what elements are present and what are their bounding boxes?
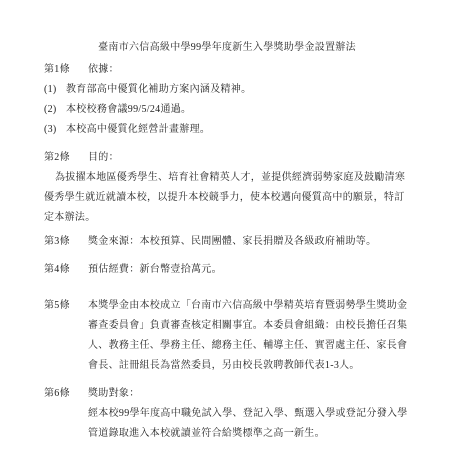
article-1-item-1: (1) 教育部高中優質化補助方案內涵及精神。 xyxy=(44,80,410,100)
article-4: 第4條 預估經費：新台幣壹拾萬元。 xyxy=(44,260,410,280)
article-1-heading: 依據： xyxy=(88,60,410,80)
article-5-text: 本獎學金由本校成立「台南市六信高級中學精英培育暨弱勢學生獎助金審查委員會」負責審… xyxy=(88,296,410,376)
article-5-number: 第5條 xyxy=(44,296,88,376)
article-2-heading: 目的： xyxy=(88,148,410,168)
article-6-paragraph: 經本校99學年度高中職免試入學、登記入學、甄選入學或登記分發入學管道錄取進入本校… xyxy=(88,404,410,444)
item-2-marker: (2) xyxy=(44,100,66,120)
article-4-heading: 預估經費：新台幣壹拾萬元。 xyxy=(88,260,410,280)
item-1-text: 教育部高中優質化補助方案內涵及精神。 xyxy=(66,80,410,100)
article-1: 第1條 依據： xyxy=(44,60,410,80)
article-5: 第5條 本獎學金由本校成立「台南市六信高級中學精英培育暨弱勢學生獎助金審查委員會… xyxy=(44,296,410,376)
article-6-heading: 獎助對象： xyxy=(88,384,410,404)
article-1-item-2: (2) 本校校務會議99/5/24通過。 xyxy=(44,100,410,120)
article-3-number: 第3條 xyxy=(44,232,88,252)
article-3-heading: 獎金來源：本校預算、民間團體、家長捐贈及各級政府補助等。 xyxy=(88,232,410,252)
article-6-number: 第6條 xyxy=(44,384,88,404)
article-2: 第2條 目的： xyxy=(44,148,410,168)
item-1-marker: (1) xyxy=(44,80,66,100)
item-3-text: 本校高中優質化經營計畫辦理。 xyxy=(66,120,410,140)
article-1-item-3: (3) 本校高中優質化經營計畫辦理。 xyxy=(44,120,410,140)
article-4-number: 第4條 xyxy=(44,260,88,280)
item-3-marker: (3) xyxy=(44,120,66,140)
article-3: 第3條 獎金來源：本校預算、民間團體、家長捐贈及各級政府補助等。 xyxy=(44,232,410,252)
document-page: 臺南市六信高級中學99學年度新生入學獎助學金設置辦法 第1條 依據： (1) 教… xyxy=(0,0,452,452)
article-2-paragraph: 為拔擢本地區優秀學生、培育社會精英人才，並提供經濟弱勢家庭及鼓勵清寒優秀學生就近… xyxy=(44,168,410,228)
article-1-number: 第1條 xyxy=(44,60,88,80)
article-2-number: 第2條 xyxy=(44,148,88,168)
article-6: 第6條 獎助對象： xyxy=(44,384,410,404)
document-title: 臺南市六信高級中學99學年度新生入學獎助學金設置辦法 xyxy=(44,38,410,58)
item-2-text: 本校校務會議99/5/24通過。 xyxy=(66,100,410,120)
